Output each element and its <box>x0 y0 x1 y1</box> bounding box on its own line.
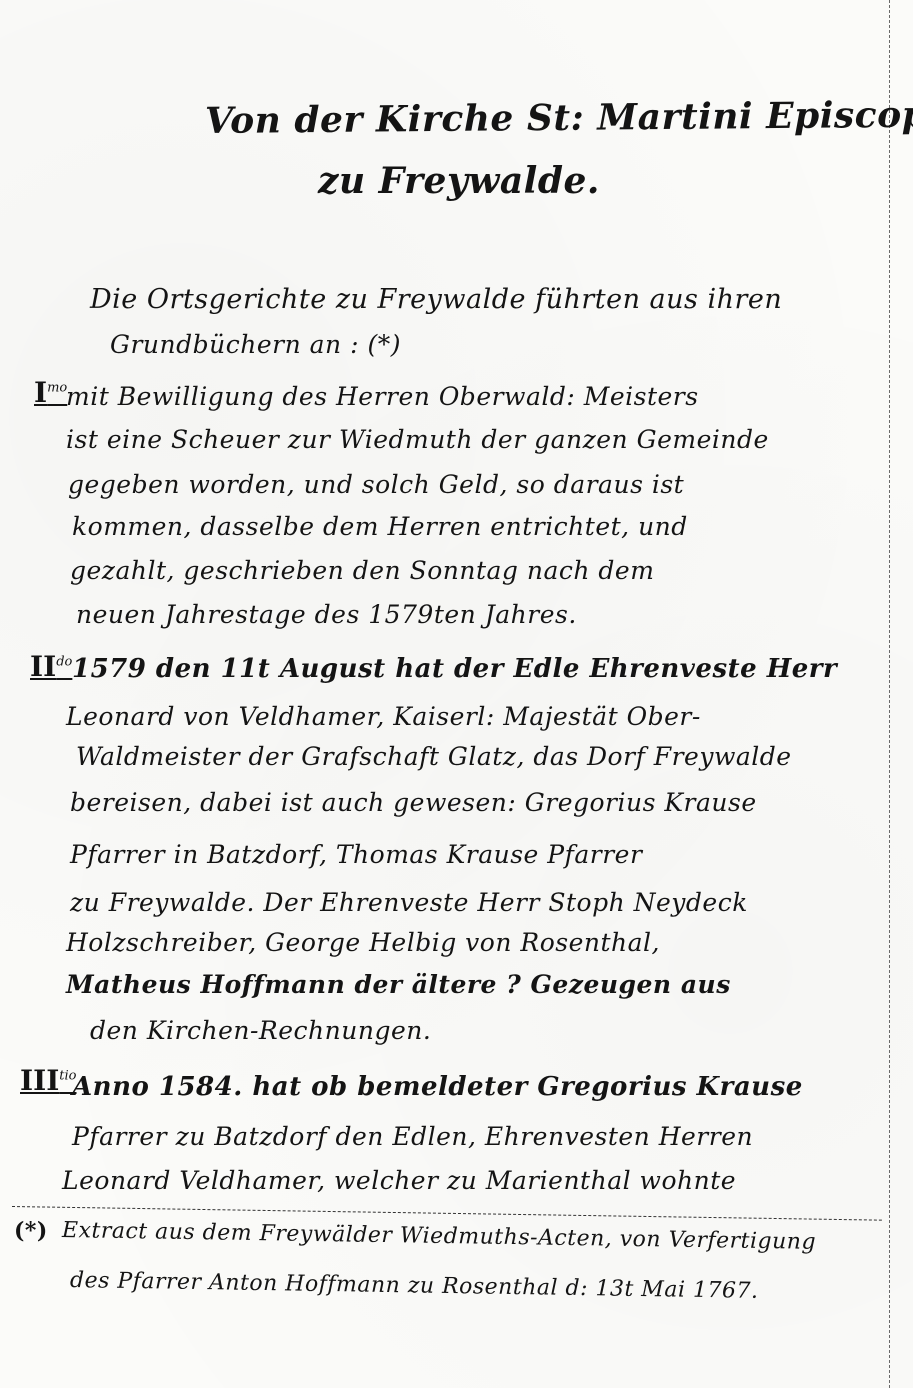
section-2-line-6: zu Freywalde. Der Ehrenveste Herr Stoph … <box>70 888 748 917</box>
page-title-line-1: Von der Kirche St: Martini Episcopi <box>205 94 913 142</box>
section-numeral-2-suffix: do <box>56 655 72 670</box>
section-1-line-3: gegeben worden, und solch Geld, so darau… <box>68 470 684 499</box>
section-numeral-3: IIItio <box>20 1064 77 1097</box>
section-1-line-6: neuen Jahrestage des 1579ten Jahres. <box>76 600 577 629</box>
footnote-line-1: Extract aus dem Freywälder Wiedmuths-Act… <box>62 1218 816 1255</box>
section-2-line-5: Pfarrer in Batzdorf, Thomas Krause Pfarr… <box>70 840 642 869</box>
footnote-line-2: des Pfarrer Anton Hoffmann zu Rosenthal … <box>70 1268 759 1304</box>
section-numeral-3-text: III <box>20 1064 59 1097</box>
intro-line-1: Die Ortsgerichte zu Freywalde führten au… <box>90 284 782 315</box>
section-1-line-2: ist eine Scheuer zur Wiedmuth der ganzen… <box>66 425 769 454</box>
section-numeral-1: Imo <box>34 376 67 409</box>
manuscript-page: Von der Kirche St: Martini Episcopi zu F… <box>0 0 913 1388</box>
section-2-line-3: Waldmeister der Grafschaft Glatz, das Do… <box>76 742 792 771</box>
section-2-line-4: bereisen, dabei ist auch gewesen: Gregor… <box>70 788 757 817</box>
section-2-line-2: Leonard von Veldhamer, Kaiserl: Majestät… <box>66 702 701 731</box>
section-numeral-1-suffix: mo <box>47 381 67 396</box>
section-1-line-5: gezahlt, geschrieben den Sonntag nach de… <box>70 556 654 585</box>
section-3-line-1: Anno 1584. hat ob bemeldeter Gregorius K… <box>72 1072 803 1102</box>
section-1-line-4: kommen, dasselbe dem Herren entrichtet, … <box>72 512 688 541</box>
section-2-line-8: Matheus Hoffmann der ältere ? Gezeugen a… <box>66 970 731 999</box>
section-2-line-7: Holzschreiber, George Helbig von Rosenth… <box>66 928 660 957</box>
right-margin-rule <box>889 0 890 1388</box>
section-3-line-2: Pfarrer zu Batzdorf den Edlen, Ehrenvest… <box>72 1122 753 1151</box>
section-numeral-2: IIdo <box>30 650 72 683</box>
section-1-line-1: mit Bewilligung des Herren Oberwald: Mei… <box>66 382 699 411</box>
section-2-line-9: den Kirchen-Rechnungen. <box>90 1016 431 1045</box>
page-title-line-2: zu Freywalde. <box>318 160 600 202</box>
section-numeral-1-text: I <box>34 376 47 409</box>
section-3-line-3: Leonard Veldhamer, welcher zu Marienthal… <box>62 1166 736 1195</box>
section-numeral-2-text: II <box>30 650 56 683</box>
intro-line-2: Grundbüchern an : (*) <box>110 330 401 359</box>
section-2-line-1: 1579 den 11t August hat der Edle Ehrenve… <box>72 654 837 684</box>
footnote-marker: (*) <box>14 1218 48 1244</box>
